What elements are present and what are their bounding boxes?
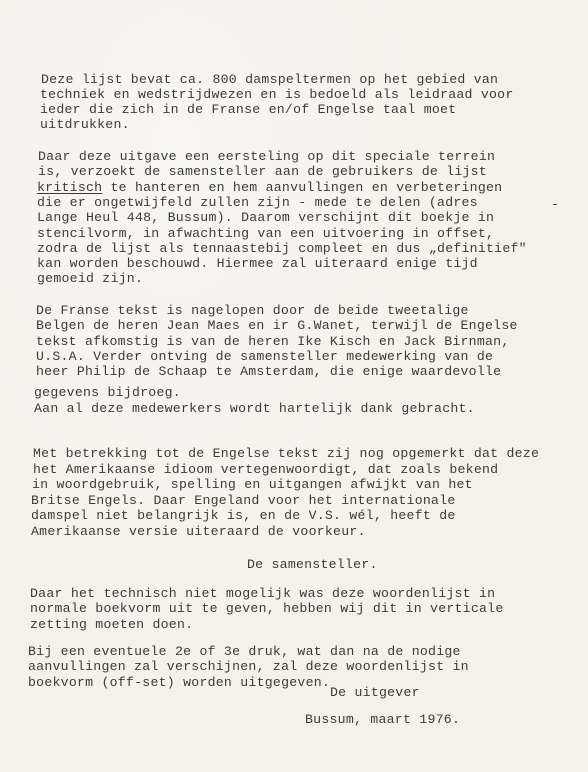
- text-line: damspel niet belangrijk is, en de V.S. w…: [31, 508, 456, 523]
- text-line: zodra de lijst als tennaastebij compleet…: [37, 241, 527, 256]
- typewritten-page: Deze lijst bevat ca. 800 damspeltermen o…: [0, 0, 588, 772]
- text-line: Amerikaanse versie uiteraard de voorkeur…: [31, 524, 366, 539]
- text-line: Bij een eventuele 2e of 3e druk, wat dan…: [28, 644, 461, 659]
- text-line: Belgen de heren Jean Maes en ir G.Wanet,…: [36, 318, 518, 333]
- text-line: aanvullingen zal verschijnen, zal deze w…: [28, 659, 469, 674]
- text-line: kan worden beschouwd. Hiermee zal uitera…: [37, 256, 478, 271]
- text-line: Deze lijst bevat ca. 800 damspeltermen o…: [41, 72, 498, 87]
- margin-dash: -: [551, 197, 559, 212]
- signature-compiler: De samensteller.: [247, 557, 378, 572]
- text-line: stencilvorm, in afwachting van een uitvo…: [37, 226, 494, 241]
- text-segment: te hanteren en hem aanvullingen en verbe…: [102, 180, 502, 195]
- text-line: heer Philip de Schaap te Amsterdam, die …: [36, 364, 501, 379]
- text-line: ieder die zich in de Franse en/of Engels…: [40, 102, 456, 117]
- text-line: kritisch te hanteren en hem aanvullingen…: [37, 180, 502, 195]
- text-line: Daar deze uitgave een eersteling op dit …: [38, 149, 495, 164]
- text-line: Met betrekking tot de Engelse tekst zij …: [33, 446, 539, 461]
- text-line: techniek en wedstrijdwezen en is bedoeld…: [40, 87, 514, 102]
- text-line: Britse Engels. Daar Engeland voor het in…: [31, 493, 456, 508]
- text-line: De Franse tekst is nagelopen door de bei…: [36, 303, 469, 318]
- underlined-word: kritisch: [37, 180, 102, 195]
- signature-publisher: De uitgever: [330, 685, 420, 700]
- text-line: tekst afkomstig is van de heren Ike Kisc…: [36, 334, 510, 349]
- text-line: het Amerikaanse idioom vertegenwoordigt,…: [33, 462, 498, 477]
- text-line: normale boekvorm uit te geven, hebben wi…: [30, 601, 504, 616]
- text-line: Daar het technisch niet mogelijk was dez…: [30, 586, 495, 601]
- text-line: gemoeid zijn.: [37, 271, 143, 286]
- text-line: die er ongetwijfeld zullen zijn - mede t…: [37, 195, 478, 210]
- text-line: is, verzoekt de samensteller aan de gebr…: [38, 164, 487, 179]
- text-line: U.S.A. Verder ontving de samensteller me…: [36, 349, 493, 364]
- text-line: boekvorm (off-set) worden uitgegeven.: [28, 675, 330, 690]
- text-line: zetting moeten doen.: [30, 617, 193, 632]
- text-line: Lange Heul 448, Bussum). Daarom verschij…: [37, 210, 494, 225]
- place-date: Bussum, maart 1976.: [305, 712, 460, 727]
- text-line: uitdrukken.: [40, 117, 130, 132]
- text-line: Aan al deze medewerkers wordt hartelijk …: [34, 401, 475, 416]
- text-line: gegevens bijdroeg.: [34, 385, 181, 400]
- text-line: in woordgebruik, spelling en uitgangen a…: [32, 477, 473, 492]
